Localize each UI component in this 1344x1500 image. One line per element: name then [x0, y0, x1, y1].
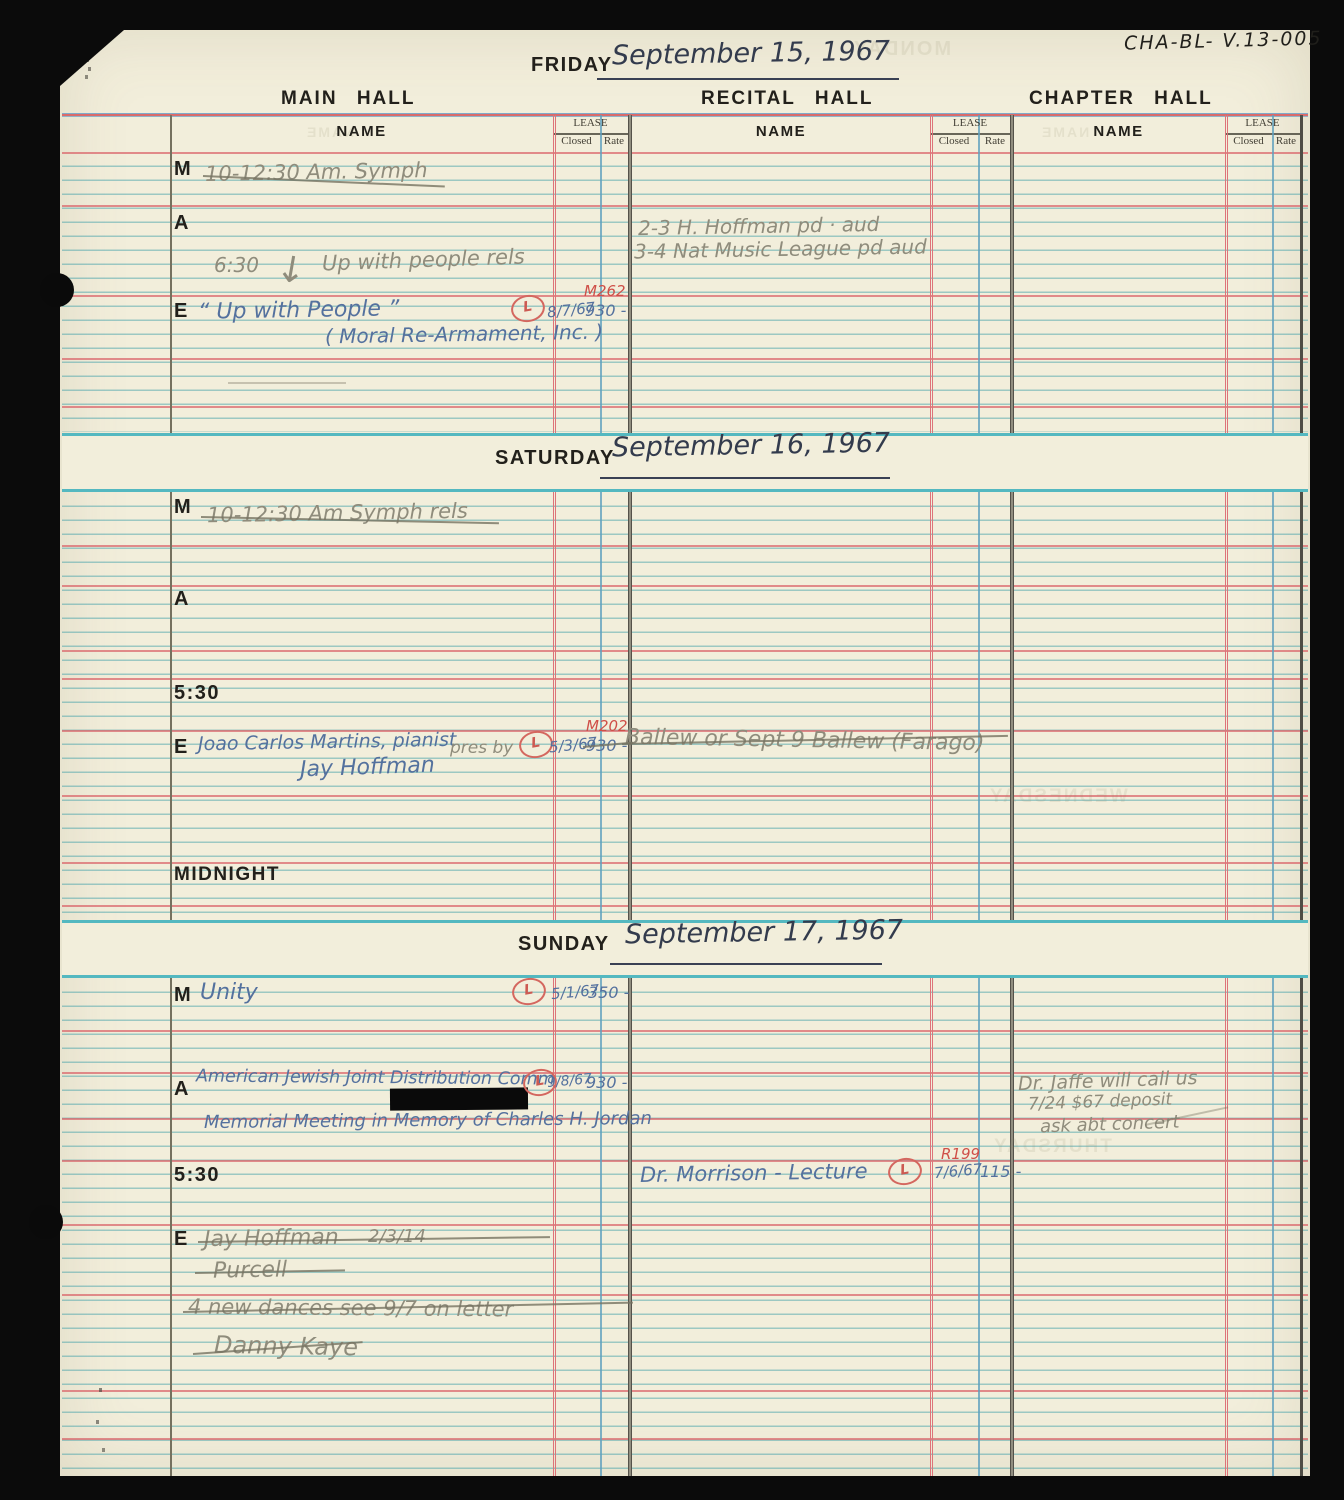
- closed-rate-vertical-rule: [600, 492, 602, 920]
- chapter-rate-header: Rate: [1272, 135, 1300, 147]
- saturday-row-midnight: MIDNIGHT: [174, 864, 280, 886]
- closed-rate-vertical-rule: [600, 978, 602, 1476]
- hall-divider-vertical-rule: [1010, 115, 1014, 433]
- chapter-hall-title: CHAPTER HALL: [1029, 88, 1213, 110]
- pencil-smudge-line: [228, 382, 346, 384]
- margin-vertical-rule: [170, 978, 172, 1476]
- sunday-530-lease-rate: 115 -: [980, 1162, 1021, 1181]
- lease-red-vertical-rule: [930, 978, 933, 1476]
- recital-hall-title: RECITAL HALL: [701, 88, 874, 110]
- saturday-date-handwritten: September 16, 1967: [612, 428, 891, 464]
- red-slot-rule: [62, 905, 1308, 907]
- page-right-vertical-rule: [1300, 492, 1303, 920]
- red-slot-rule: [62, 1390, 1308, 1392]
- sunday-day-label: SUNDAY: [518, 933, 610, 956]
- lease-red-vertical-rule: [930, 492, 933, 920]
- sunday-date-underline: [610, 963, 882, 965]
- redaction-bar: [390, 1087, 528, 1110]
- closed-rate-vertical-rule: [1272, 492, 1274, 920]
- recital-rate-header: Rate: [978, 135, 1012, 147]
- red-slot-rule: [62, 406, 1308, 408]
- hall-divider-vertical-rule: [1010, 492, 1014, 920]
- lease-red-vertical-rule: [1225, 115, 1228, 433]
- red-slot-rule: [62, 205, 1308, 207]
- friday-lease-rate: 930 -: [585, 301, 626, 320]
- saturday-agent-name: Jay Hoffman: [300, 753, 436, 783]
- sunday-ajjdc-entry: American Jewish Joint Distribution Comm: [196, 1066, 555, 1089]
- friday-date-handwritten: September 15, 1967: [612, 36, 891, 72]
- friday-pencil-time: 6:30: [214, 253, 259, 277]
- ruled-lines-friday: [62, 153, 1308, 432]
- scanned-ledger-page: MONDAY NAME NAME TUESDAY WEDNESDAY THURS…: [0, 0, 1344, 1500]
- saturday-day-label: SATURDAY: [495, 447, 615, 470]
- sunday-row-a: A: [174, 1078, 190, 1101]
- red-slot-rule: [62, 358, 1308, 360]
- sunday-row-m: M: [174, 984, 192, 1007]
- margin-vertical-rule: [170, 492, 172, 920]
- sunday-date-handwritten: September 17, 1967: [625, 915, 904, 951]
- margin-vertical-rule: [170, 115, 172, 433]
- ruled-lines-saturday: [62, 493, 1308, 920]
- page-right-vertical-rule: [1300, 115, 1303, 433]
- page-right-vertical-rule: [1300, 978, 1303, 1476]
- main-rate-header: Rate: [600, 135, 628, 147]
- red-slot-rule: [62, 545, 1308, 547]
- hall-divider-vertical-rule: [628, 115, 632, 433]
- closed-rate-vertical-rule: [978, 492, 980, 920]
- main-closed-header: Closed: [553, 135, 600, 147]
- friday-up-with-people-entry: “ Up with People ”: [198, 296, 400, 325]
- red-slot-rule: [62, 678, 1308, 680]
- closed-rate-vertical-rule: [1272, 978, 1274, 1476]
- friday-row-e: E: [174, 300, 189, 323]
- ghost-text-wednesday: WEDNESDAY: [988, 786, 1128, 808]
- ghost-text-thursday: THURSDAY: [992, 1136, 1112, 1158]
- lease-red-vertical-rule: [553, 978, 556, 1476]
- punch-hole-top: [40, 273, 74, 307]
- main-name-header: NAME: [170, 123, 553, 140]
- lease-red-vertical-rule: [553, 492, 556, 920]
- red-slot-rule: [62, 1438, 1308, 1440]
- sunday-cancelled-hoffman-date: 2/3/14: [368, 1226, 426, 1247]
- friday-row-m: M: [174, 158, 192, 181]
- punch-hole-bottom: [29, 1205, 63, 1239]
- red-slot-rule: [62, 585, 1308, 587]
- recital-lease-header: LEASE: [930, 117, 1010, 129]
- lease-red-vertical-rule: [1225, 492, 1228, 920]
- sunday-m-lease-rate: 350 -: [588, 983, 629, 1002]
- saturday-row-e: E: [174, 736, 189, 759]
- recital-closed-header: Closed: [930, 135, 978, 147]
- saturday-row-530: 5:30: [174, 682, 220, 705]
- hall-divider-vertical-rule: [628, 492, 632, 920]
- sunday-a-lease-rate: 930 -: [586, 1073, 627, 1092]
- saturday-row-a: A: [174, 588, 190, 611]
- sunday-unity-entry: Unity: [200, 980, 258, 1005]
- friday-moral-rearmament-entry: ( Moral Re-Armament, Inc. ): [325, 320, 604, 349]
- sunday-row-530: 5:30: [174, 1164, 220, 1187]
- red-slot-rule: [62, 650, 1308, 652]
- friday-lease-code: M262: [584, 282, 626, 300]
- saturday-martins-entry: Joao Carlos Martins, pianist: [198, 729, 457, 756]
- sunday-morrison-lecture-entry: Dr. Morrison - Lecture: [640, 1159, 868, 1187]
- friday-day-label: FRIDAY: [531, 54, 613, 77]
- saturday-cancelled-symphony-entry: 10-12:30 Am Symph rels: [207, 499, 468, 528]
- saturday-row-m: M: [174, 496, 192, 519]
- lease-red-vertical-rule: [930, 115, 933, 433]
- lease-red-vertical-rule: [553, 115, 556, 433]
- chapter-lease-header: LEASE: [1225, 117, 1300, 129]
- chapter-closed-header: Closed: [1225, 135, 1272, 147]
- sunday-memorial-meeting-entry: Memorial Meeting in Memory of Charles H.…: [204, 1108, 652, 1133]
- closed-rate-vertical-rule: [600, 115, 602, 433]
- closed-rate-vertical-rule: [978, 978, 980, 1476]
- saturday-presby-note: pres by: [450, 738, 513, 758]
- red-slot-rule: [62, 152, 1308, 154]
- hall-divider-vertical-rule: [1010, 978, 1014, 1476]
- lease-red-vertical-rule: [1225, 978, 1228, 1476]
- main-lease-header: LEASE: [553, 117, 628, 129]
- closed-rate-vertical-rule: [978, 115, 980, 433]
- saturday-lease-code: M202: [586, 717, 628, 735]
- sunday-row-e: E: [174, 1228, 189, 1251]
- saturday-date-underline: [600, 477, 890, 479]
- recital-name-header: NAME: [632, 123, 930, 140]
- friday-row-a: A: [174, 212, 190, 235]
- header-top-rule: [62, 113, 1308, 117]
- red-slot-rule: [62, 295, 1308, 297]
- friday-recital-music-league-entry: 3-4 Nat Music League pd aud: [634, 234, 927, 263]
- chapter-name-header: NAME: [1012, 123, 1225, 140]
- closed-rate-vertical-rule: [1272, 115, 1274, 433]
- red-slot-rule: [62, 1030, 1308, 1032]
- friday-date-underline: [597, 78, 899, 80]
- hall-divider-vertical-rule: [628, 978, 632, 1476]
- main-hall-title: MAIN HALL: [281, 88, 415, 110]
